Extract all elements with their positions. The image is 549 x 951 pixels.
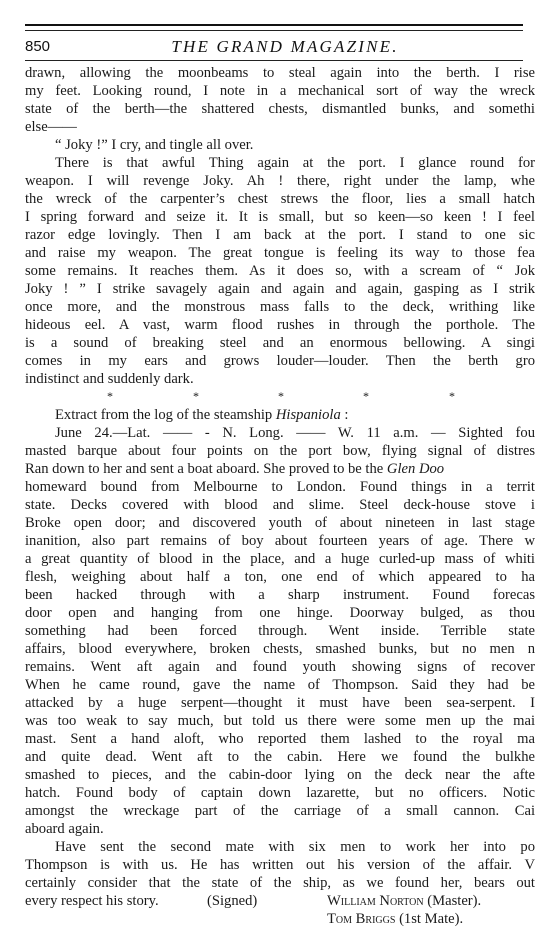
- story-line: and raise my weapon. The great tongue is…: [25, 244, 535, 262]
- story-line: some remains. It reaches them. As it doe…: [25, 262, 535, 280]
- closing-line: Thompson is with us. He has written out …: [25, 856, 535, 874]
- log-line: inanition, also part remains of boy abou…: [25, 532, 535, 550]
- header-rule-thick: [25, 24, 523, 26]
- separator-star: *: [363, 390, 369, 402]
- signature-line-1: every respect his story. (Signed) Willia…: [25, 892, 549, 910]
- signature-line-2: Tom Briggs (1st Mate).: [25, 910, 549, 928]
- log-line: mast. Sent a hand aloft, who reported th…: [25, 730, 535, 748]
- signed-label: (Signed): [207, 892, 257, 910]
- signatory-name: William Norton: [327, 893, 424, 909]
- story-line: razor edge lovingly. Then I am back at t…: [25, 226, 535, 244]
- story-line: Joky ! ” I strike savagely again and aga…: [25, 280, 535, 298]
- story-line: I spring forward and seize it. It is sma…: [25, 208, 535, 226]
- log-line: When he came round, gave the name of Tho…: [25, 676, 535, 694]
- closing-line: certainly consider that the state of the…: [25, 874, 535, 892]
- signatory-mate: Tom Briggs (1st Mate).: [327, 910, 463, 928]
- story-line: weapon. I will revenge Joky. Ah ! there,…: [25, 172, 535, 190]
- story-line: comes in my ears and grows louder—louder…: [25, 352, 535, 370]
- separator-star: *: [449, 390, 455, 402]
- signatory-master: William Norton (Master).: [327, 892, 481, 910]
- running-head: 850 THE GRAND MAGAZINE.: [25, 36, 523, 58]
- log-line: a great quantity of blood in the place, …: [25, 550, 535, 568]
- log-line: something had been forced through. Went …: [25, 622, 535, 640]
- log-line: attacked by a huge serpent—thought it mu…: [25, 694, 535, 712]
- log-line: and quite dead. Went aft to the cabin. H…: [25, 748, 535, 766]
- final-sentence: every respect his story.: [25, 892, 159, 910]
- body-text: drawn, allowing the moonbeams to steal a…: [25, 64, 549, 928]
- story-line: “ Joky !” I cry, and tingle all over.: [25, 136, 535, 154]
- ship-name: Hispaniola: [276, 407, 341, 423]
- story-line: else——: [25, 118, 535, 136]
- log-line: was too weak to say much, but told us th…: [25, 712, 535, 730]
- story-line: is a sound of breaking steel and an enor…: [25, 334, 535, 352]
- story-line: the wreck of the carpenter’s chest strew…: [25, 190, 535, 208]
- log-line: Ran down to her and sent a boat aboard. …: [25, 460, 535, 478]
- log-line: smashed to pieces, and the cabin-door ly…: [25, 766, 535, 784]
- header-rule-bottom: [25, 60, 523, 61]
- log-line: hatch. Found body of captain down lazare…: [25, 784, 535, 802]
- log-line: remains. Went aft again and found youth …: [25, 658, 535, 676]
- separator-star: *: [278, 390, 284, 402]
- log-line: affairs, blood everywhere, broken chests…: [25, 640, 535, 658]
- log-line: door open and hanging from one hinge. Do…: [25, 604, 535, 622]
- log-line: homeward bound from Melbourne to London.…: [25, 478, 535, 496]
- story-line: indistinct and suddenly dark.: [25, 370, 535, 388]
- story-line: my feet. Looking round, I note in a mech…: [25, 82, 535, 100]
- signatory-role: (Master).: [424, 893, 482, 909]
- log-line: state. Decks covered with blood and slim…: [25, 496, 535, 514]
- signatory-role: (1st Mate).: [395, 911, 463, 927]
- log-intro: Extract from the log of the steamship Hi…: [25, 406, 535, 424]
- magazine-title: THE GRAND MAGAZINE.: [25, 36, 523, 58]
- magazine-page: 850 THE GRAND MAGAZINE. drawn, allowing …: [0, 0, 549, 951]
- log-line: flesh, weighing about half a ton, one en…: [25, 568, 535, 586]
- separator-star: *: [107, 390, 113, 402]
- log-line: June 24.—Lat. —— - N. Long. —— W. 11 a.m…: [25, 424, 535, 442]
- separator-star: *: [193, 390, 199, 402]
- story-line: state of the berth—the shattered chests,…: [25, 100, 535, 118]
- header-rule-thin: [25, 30, 523, 31]
- closing-line: Have sent the second mate with six men t…: [25, 838, 535, 856]
- log-line: Broke open door; and discovered youth of…: [25, 514, 535, 532]
- signatory-name: Tom Briggs: [327, 911, 395, 927]
- story-line: There is that awful Thing again at the p…: [25, 154, 535, 172]
- log-line: masted barque about four points on the p…: [25, 442, 535, 460]
- log-line: been hacked through with a sharp instrum…: [25, 586, 535, 604]
- log-line: aboard again.: [25, 820, 535, 838]
- story-line: drawn, allowing the moonbeams to steal a…: [25, 64, 535, 82]
- section-break: * * * * *: [25, 388, 535, 406]
- story-line: once more, and the monstrous mass falls …: [25, 298, 535, 316]
- vessel-name: Glen Doo: [387, 461, 444, 477]
- story-line: hideous eel. A vast, warm flood rushes i…: [25, 316, 535, 334]
- log-line: amongst the wreckage part of the carriag…: [25, 802, 535, 820]
